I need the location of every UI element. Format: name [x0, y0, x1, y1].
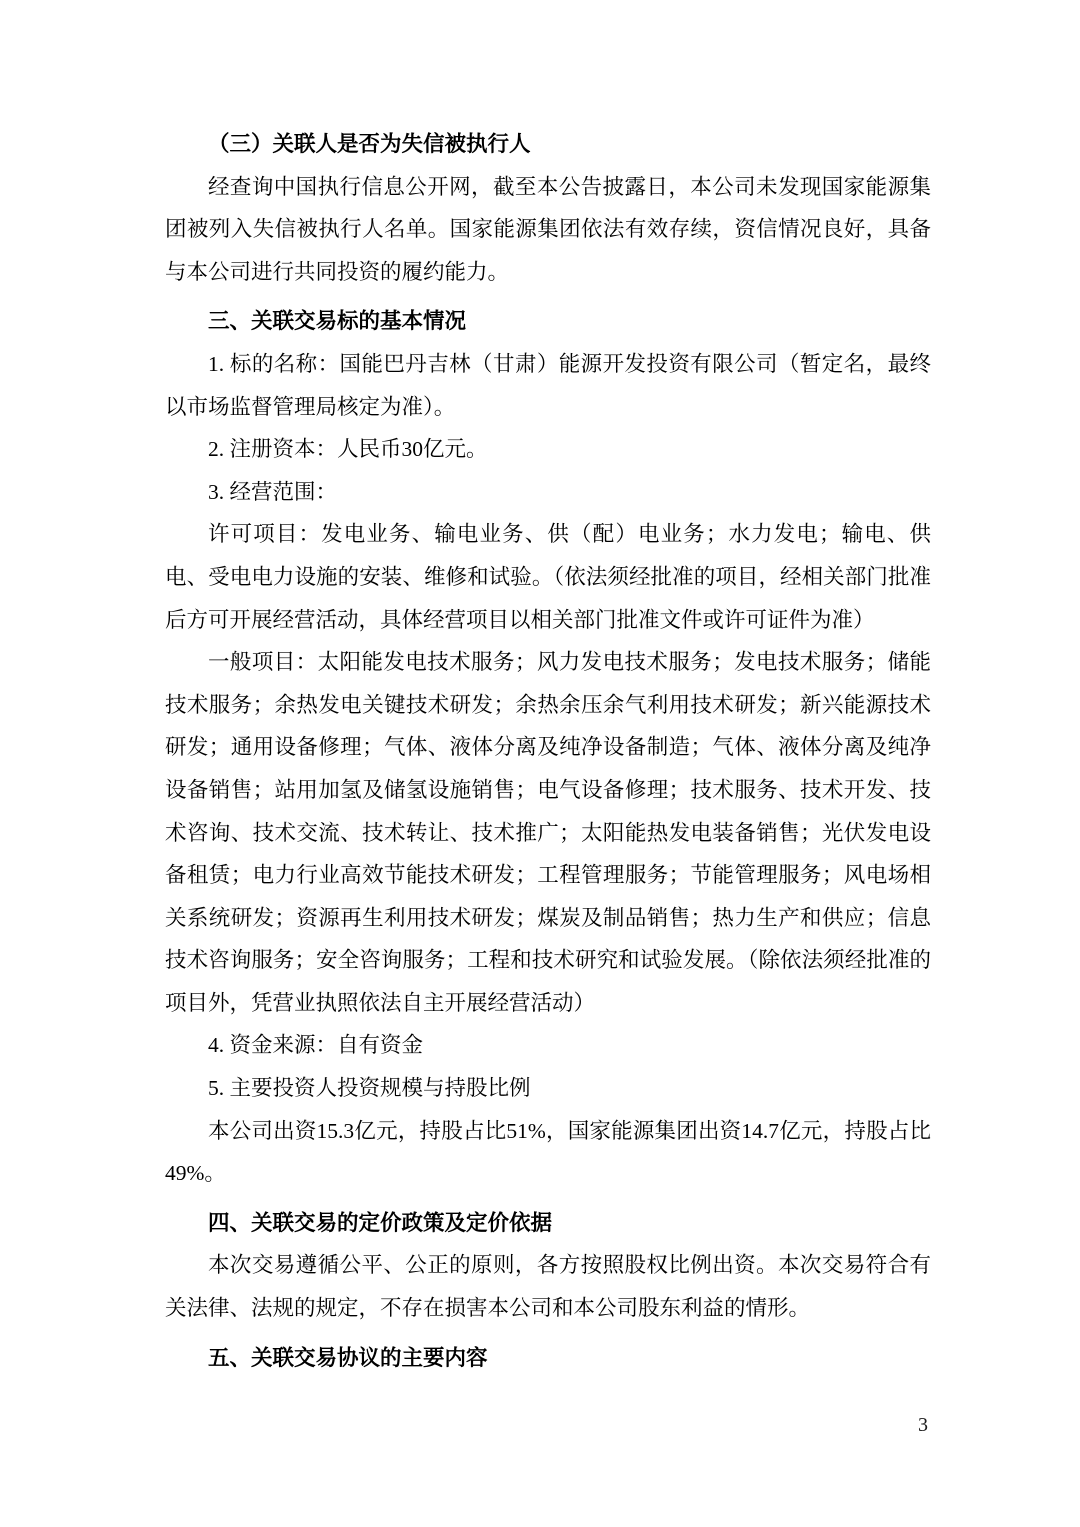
body-paragraph: 1. 标的名称：国能巴丹吉林（甘肃）能源开发投资有限公司（暂定名，最终以市场监督… — [165, 343, 931, 428]
body-paragraph: 许可项目：发电业务、输电业务、供（配）电业务；水力发电；输电、供电、受电电力设施… — [165, 513, 931, 641]
body-paragraph: 4. 资金来源：自有资金 — [165, 1024, 931, 1067]
section-heading: 五、关联交易协议的主要内容 — [165, 1337, 931, 1380]
body-paragraph: 5. 主要投资人投资规模与持股比例 — [165, 1067, 931, 1110]
body-paragraph: 本公司出资15.3亿元，持股占比51%，国家能源集团出资14.7亿元，持股占比4… — [165, 1110, 931, 1195]
body-paragraph: 本次交易遵循公平、公正的原则，各方按照股权比例出资。本次交易符合有关法律、法规的… — [165, 1244, 931, 1329]
document-page: （三）关联人是否为失信被执行人经查询中国执行信息公开网，截至本公告披露日，本公司… — [0, 0, 1080, 1527]
section-heading: 三、关联交易标的基本情况 — [165, 300, 931, 343]
document-body: （三）关联人是否为失信被执行人经查询中国执行信息公开网，截至本公告披露日，本公司… — [165, 116, 931, 1379]
section-heading: 四、关联交易的定价政策及定价依据 — [165, 1202, 931, 1245]
body-paragraph: 经查询中国执行信息公开网，截至本公告披露日，本公司未发现国家能源集团被列入失信被… — [165, 166, 931, 294]
page-number: 3 — [918, 1410, 928, 1440]
body-paragraph: 2. 注册资本：人民币30亿元。 — [165, 428, 931, 471]
body-paragraph: 一般项目：太阳能发电技术服务；风力发电技术服务；发电技术服务；储能技术服务；余热… — [165, 641, 931, 1024]
section-heading: （三）关联人是否为失信被执行人 — [165, 123, 931, 166]
body-paragraph: 3. 经营范围： — [165, 471, 931, 514]
